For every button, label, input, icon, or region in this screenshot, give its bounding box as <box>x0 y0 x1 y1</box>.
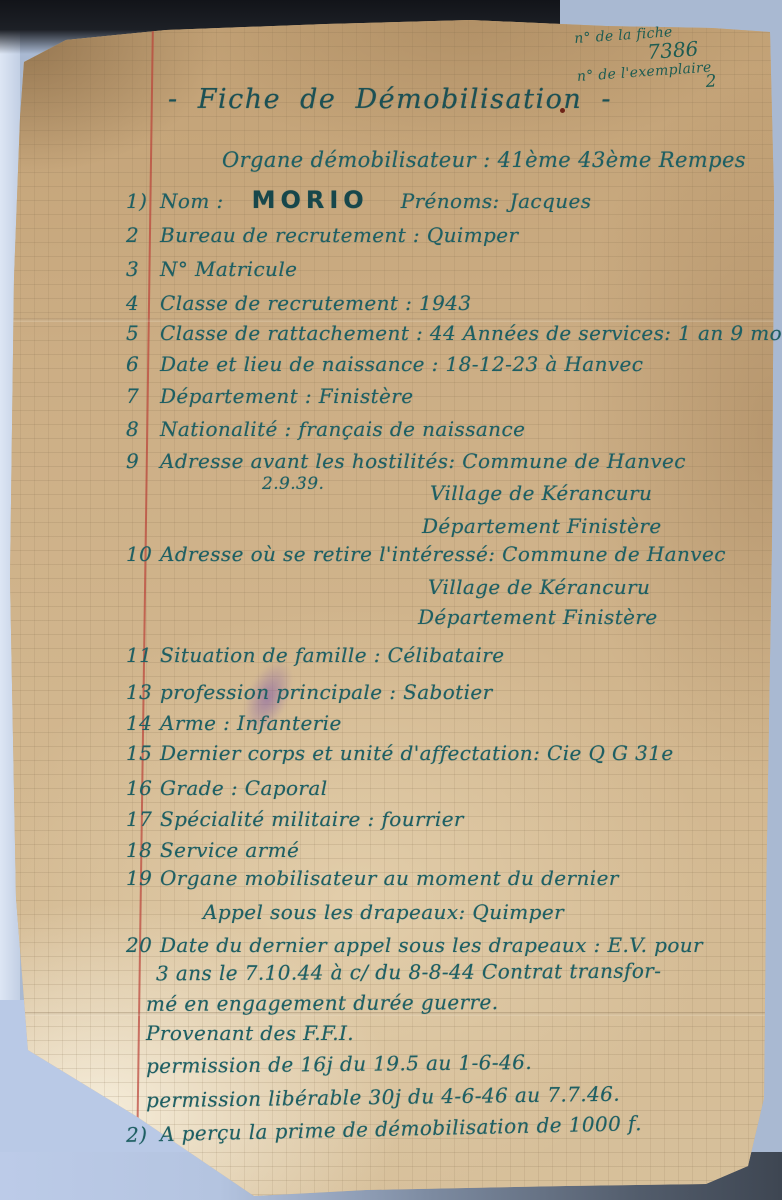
organe-demobilisateur-line: Organe démobilisateur : 41ème 43ème Remp… <box>222 148 746 172</box>
field-line-specialite: 17Spécialité militaire : fourrier <box>126 807 464 831</box>
surname-value: MORIO <box>252 186 369 214</box>
field-line-organe-mobilisateur: 19Organe mobilisateur au moment du derni… <box>126 866 619 890</box>
field-number: 20 <box>126 933 160 957</box>
field-text: Classe de recrutement : 1943 <box>160 291 472 315</box>
field-line-arme: 14Arme : Infanterie <box>126 711 342 735</box>
field-line-profession: 13profession principale : Sabotier <box>126 680 493 704</box>
field-subline-appel: Appel sous les drapeaux: Quimper <box>203 900 564 924</box>
field-text: Bureau de recrutement : Quimper <box>160 223 518 247</box>
field-number: 18 <box>126 838 160 862</box>
field-text: Classe de rattachement : 44 Années de se… <box>160 321 782 345</box>
field-number: 13 <box>126 680 160 704</box>
field-subline-departement: Département Finistère <box>422 514 662 538</box>
field-line-naissance: 6Date et lieu de naissance : 18-12-23 à … <box>126 352 643 376</box>
field-text: profession principale : Sabotier <box>160 680 493 704</box>
field-number: 4 <box>126 291 160 315</box>
field-text: mé en engagement durée guerre. <box>146 990 499 1016</box>
field-text: Service armé <box>160 838 299 862</box>
field-number: 19 <box>126 866 160 890</box>
field-text: Date du dernier appel sous les drapeaux … <box>160 933 703 957</box>
field-text: Appel sous les drapeaux: Quimper <box>203 900 564 924</box>
field-subline-engagement-suite: mé en engagement durée guerre. <box>146 990 499 1016</box>
nom-label: Nom : <box>160 189 224 213</box>
document-title: - Fiche de Démobilisation - <box>168 84 612 115</box>
field-line-situation-famille: 11Situation de famille : Célibataire <box>126 643 504 667</box>
field-subline-departement: Département Finistère <box>418 605 658 629</box>
field-line-classe-rattachement: 5Classe de rattachement : 44 Années de s… <box>126 321 782 345</box>
field-text: Situation de famille : Célibataire <box>160 643 504 667</box>
field-subline-engagement: 3 ans le 7.10.44 à c/ du 8-8-44 Contrat … <box>156 959 661 986</box>
field-line-bureau: 2Bureau de recrutement : Quimper <box>126 223 518 247</box>
field-text: Département Finistère <box>422 514 662 538</box>
field-text: 2.9.39. <box>262 474 324 494</box>
field-text: Organe mobilisateur au moment du dernier <box>160 866 619 890</box>
field-number: 9 <box>126 449 160 473</box>
prenoms-label: Prénoms: <box>401 189 500 213</box>
field-text: Département : Finistère <box>160 384 414 408</box>
field-line-service: 18Service armé <box>126 838 299 862</box>
field-number: 5 <box>126 321 160 345</box>
field-line-adresse-retire: 10Adresse où se retire l'intéressé: Comm… <box>126 542 726 566</box>
field-line-dernier-corps: 15Dernier corps et unité d'affectation: … <box>126 741 674 765</box>
document-photo: { "photo": { "backdrop_color": "#a9b9d2"… <box>0 0 782 1200</box>
field-number: 15 <box>126 741 160 765</box>
field-text: Spécialité militaire : fourrier <box>160 807 464 831</box>
field-subline-permission: permission de 16j du 19.5 au 1-6-46. <box>146 1050 532 1078</box>
field-text: Nationalité : français de naissance <box>160 417 525 441</box>
field-line-grade: 16Grade : Caporal <box>126 776 328 800</box>
field-number: 17 <box>126 807 160 831</box>
field-text: Provenant des F.F.I. <box>146 1021 354 1045</box>
field-text: Village de Kérancuru <box>428 575 650 599</box>
field-number: 10 <box>126 542 160 566</box>
field-subline-village: Village de Kérancuru <box>430 481 652 505</box>
field-text: Grade : Caporal <box>160 776 328 800</box>
field-number: 2) <box>126 1122 161 1147</box>
field-number: 11 <box>126 643 160 667</box>
identity-line: 1)Nom :MORIOPrénoms:Jacques <box>126 186 591 214</box>
field-number: 3 <box>126 257 160 281</box>
field-text: permission de 16j du 19.5 au 1-6-46. <box>146 1050 532 1078</box>
field-number: 8 <box>126 417 160 441</box>
field-line-dernier-appel: 20Date du dernier appel sous les drapeau… <box>126 933 703 957</box>
field-number: 16 <box>126 776 160 800</box>
field-text: 3 ans le 7.10.44 à c/ du 8-8-44 Contrat … <box>156 959 661 986</box>
field-line-adresse-avant: 9Adresse avant les hostilités: Commune d… <box>126 449 686 473</box>
field-text: Adresse où se retire l'intéressé: Commun… <box>160 542 726 566</box>
field-text: N° Matricule <box>160 257 297 281</box>
field-line-matricule: 3N° Matricule <box>126 257 297 281</box>
field-line-classe-recrutement: 4Classe de recrutement : 1943 <box>126 291 472 315</box>
field-number: 7 <box>126 384 160 408</box>
field-number: 6 <box>126 352 160 376</box>
field-number: 2 <box>126 223 160 247</box>
field-subline-provenant-ffi: Provenant des F.F.I. <box>146 1021 354 1045</box>
field-text: Village de Kérancuru <box>430 481 652 505</box>
prenoms-value: Jacques <box>510 189 592 213</box>
field-number: 1) <box>126 189 160 213</box>
field-subline-date-hostilites: 2.9.39. <box>262 474 324 494</box>
field-number: 14 <box>126 711 160 735</box>
field-text: Date et lieu de naissance : 18-12-23 à H… <box>160 352 643 376</box>
field-subline-village: Village de Kérancuru <box>428 575 650 599</box>
field-line-nationalite: 8Nationalité : français de naissance <box>126 417 525 441</box>
field-text: Département Finistère <box>418 605 658 629</box>
field-text: Adresse avant les hostilités: Commune de… <box>160 449 686 473</box>
field-text: Arme : Infanterie <box>160 711 342 735</box>
ink-dot <box>560 108 565 113</box>
field-text: Dernier corps et unité d'affectation: Ci… <box>160 741 674 765</box>
field-line-departement: 7Département : Finistère <box>126 384 414 408</box>
